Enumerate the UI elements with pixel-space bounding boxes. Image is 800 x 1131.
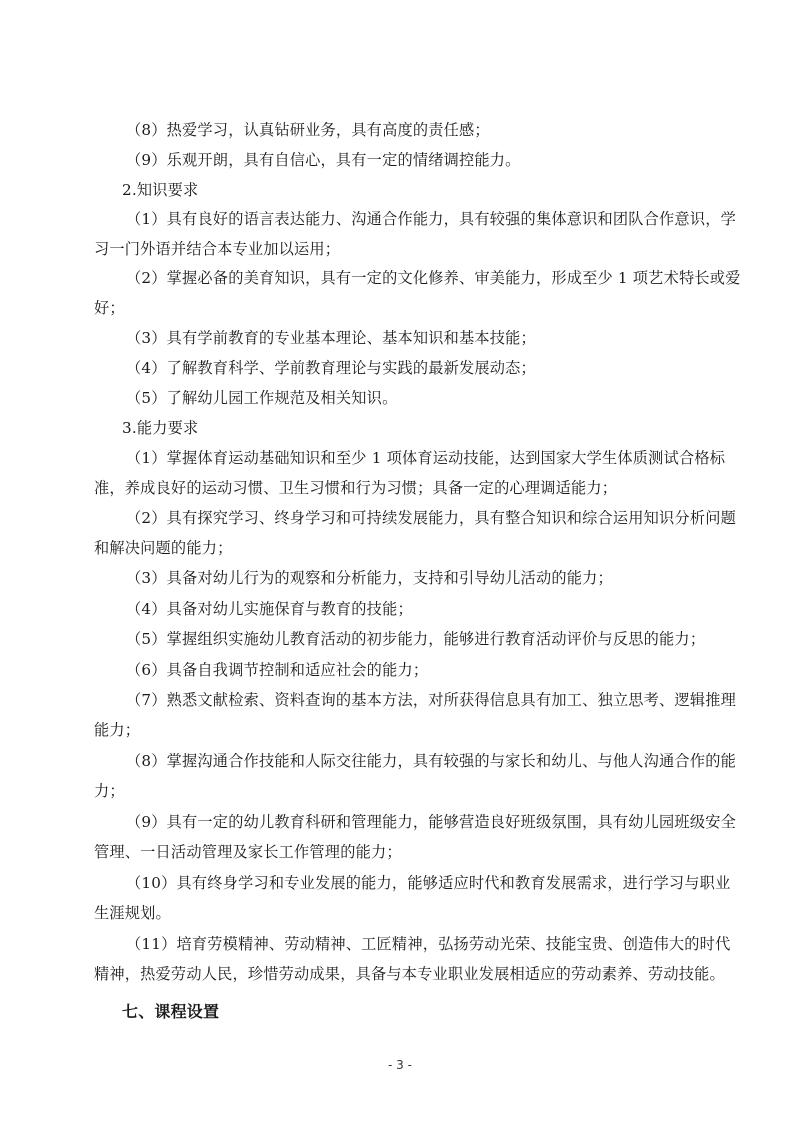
- ability-item-3: （3）具备对幼儿行为的观察和分析能力，支持和引导幼儿活动的能力；: [126, 568, 738, 588]
- ability-item-9-cont: 管理、一日活动管理及家长工作管理的能力；: [94, 842, 706, 862]
- ethics-item-9: （9）乐观开朗，具有自信心，具有一定的情绪调控能力。: [126, 150, 738, 170]
- knowledge-item-1-cont: 习一门外语并结合本专业加以运用；: [94, 239, 706, 259]
- ability-item-9: （9）具有一定的幼儿教育科研和管理能力，能够营造良好班级氛围，具有幼儿园班级安全: [126, 812, 706, 832]
- document-page: （8）热爱学习，认真钻研业务，具有高度的责任感； （9）乐观开朗，具有自信心，具…: [0, 0, 800, 1131]
- knowledge-item-1: （1）具有良好的语言表达能力、沟通合作能力，具有较强的集体意识和团队合作意识，学: [126, 209, 706, 229]
- ability-item-10: （10）具有终身学习和专业发展的能力，能够适应时代和教育发展需求，进行学习与职业: [126, 873, 706, 893]
- ability-item-2-cont: 和解决问题的能力；: [94, 538, 706, 558]
- knowledge-item-2: （2）掌握必备的美育知识，具有一定的文化修养、审美能力，形成至少 1 项艺术特长…: [126, 268, 706, 288]
- ability-item-4: （4）具备对幼儿实施保育与教育的技能；: [126, 599, 738, 619]
- ability-item-1: （1）掌握体育运动基础知识和至少 1 项体育运动技能，达到国家大学生体质测试合格…: [126, 448, 706, 468]
- ability-item-5: （5）掌握组织实施幼儿教育活动的初步能力，能够进行教育活动评价与反思的能力；: [126, 629, 738, 649]
- ability-item-11: （11）培育劳模精神、劳动精神、工匠精神，弘扬劳动光荣、技能宝贵、创造伟大的时代: [126, 934, 706, 954]
- page-number: - 3 -: [0, 1058, 800, 1072]
- section-ability-requirements: 3.能力要求: [122, 418, 734, 438]
- ability-item-8-cont: 力；: [94, 781, 706, 801]
- ability-item-11-cont: 精神，热爱劳动人民，珍惜劳动成果，具备与本专业职业发展相适应的劳动素养、劳动技能…: [94, 964, 706, 984]
- ability-item-10-cont: 生涯规划。: [94, 903, 706, 923]
- knowledge-item-5: （5）了解幼儿园工作规范及相关知识。: [126, 388, 738, 408]
- knowledge-item-4: （4）了解教育科学、学前教育理论与实践的最新发展动态；: [126, 358, 738, 378]
- ability-item-2: （2）具有探究学习、终身学习和可持续发展能力，具有整合知识和综合运用知识分析问题: [126, 508, 706, 528]
- knowledge-item-3: （3）具有学前教育的专业基本理论、基本知识和基本技能；: [126, 328, 738, 348]
- ability-item-6: （6）具备自我调节控制和适应社会的能力；: [126, 660, 738, 680]
- ethics-item-8: （8）热爱学习，认真钻研业务，具有高度的责任感；: [126, 120, 738, 140]
- section-knowledge-requirements: 2.知识要求: [122, 180, 734, 200]
- ability-item-7-cont: 能力；: [94, 720, 706, 740]
- section-heading-curriculum: 七、课程设置: [122, 1002, 734, 1022]
- ability-item-7: （7）熟悉文献检索、资料查询的基本方法，对所获得信息具有加工、独立思考、逻辑推理: [126, 690, 706, 710]
- knowledge-item-2-cont: 好；: [94, 298, 706, 318]
- ability-item-8: （8）掌握沟通合作技能和人际交往能力，具有较强的与家长和幼儿、与他人沟通合作的能: [126, 751, 706, 771]
- ability-item-1-cont: 准，养成良好的运动习惯、卫生习惯和行为习惯；具备一定的心理调适能力；: [94, 478, 706, 498]
